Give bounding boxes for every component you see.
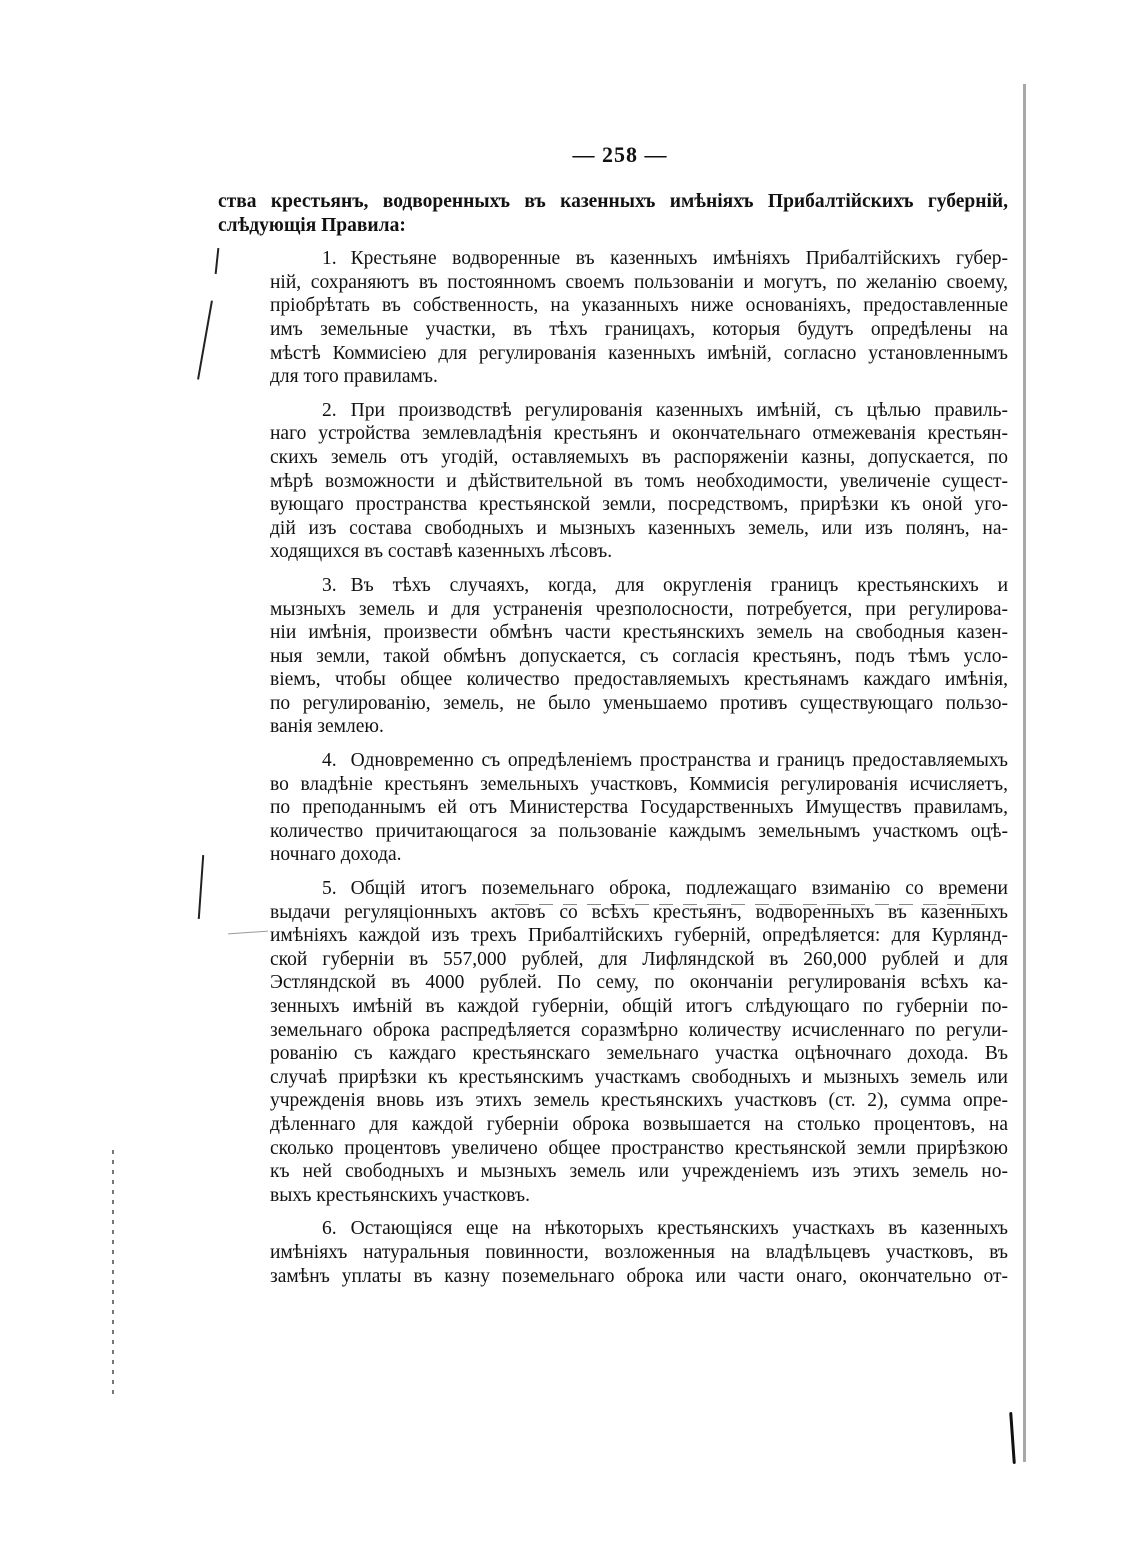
page-number: — 258 — <box>0 142 1140 168</box>
page-edge-shadow <box>1023 84 1026 1462</box>
paragraph-number: 6. <box>270 1217 337 1241</box>
paragraph-number: 1. <box>270 247 337 271</box>
document-body: ства крестьянъ, водворенныхъ въ казенных… <box>218 190 1008 1288</box>
paragraph-number: 2. <box>270 399 337 423</box>
binding-dots <box>112 1150 114 1400</box>
paragraph-number: 5. <box>270 877 337 901</box>
paragraph-4: 4.Одновременно съ опредѣленіемъ простран… <box>218 749 1008 867</box>
paragraph-6: 6.Остающіяся еще на нѣкоторыхъ крестьянс… <box>218 1217 1008 1288</box>
paragraph-3: 3.Въ тѣхъ случаяхъ, когда, для округлені… <box>218 574 1008 739</box>
paragraph-number: 3. <box>270 574 337 598</box>
margin-mark-right <box>1009 1412 1016 1464</box>
paragraph-5: 5.Общій итогъ поземельнаго оброка, подле… <box>218 877 1008 1207</box>
paragraph-1: 1.Крестьяне водворенные въ казенныхъ имѣ… <box>218 247 1008 389</box>
intro-text: ства крестьянъ, водворенныхъ въ казенных… <box>218 190 1008 237</box>
margin-mark-para-4 <box>198 855 204 919</box>
paragraph-number: 4. <box>270 749 337 773</box>
intro-line: ства крестьянъ, водворенныхъ въ казенных… <box>218 190 1008 214</box>
intro-line: слѣдующія Правила: <box>218 214 1008 238</box>
margin-mark-para-1b <box>197 300 212 379</box>
paragraph-2: 2.При производствѣ регулированія казенны… <box>218 399 1008 564</box>
